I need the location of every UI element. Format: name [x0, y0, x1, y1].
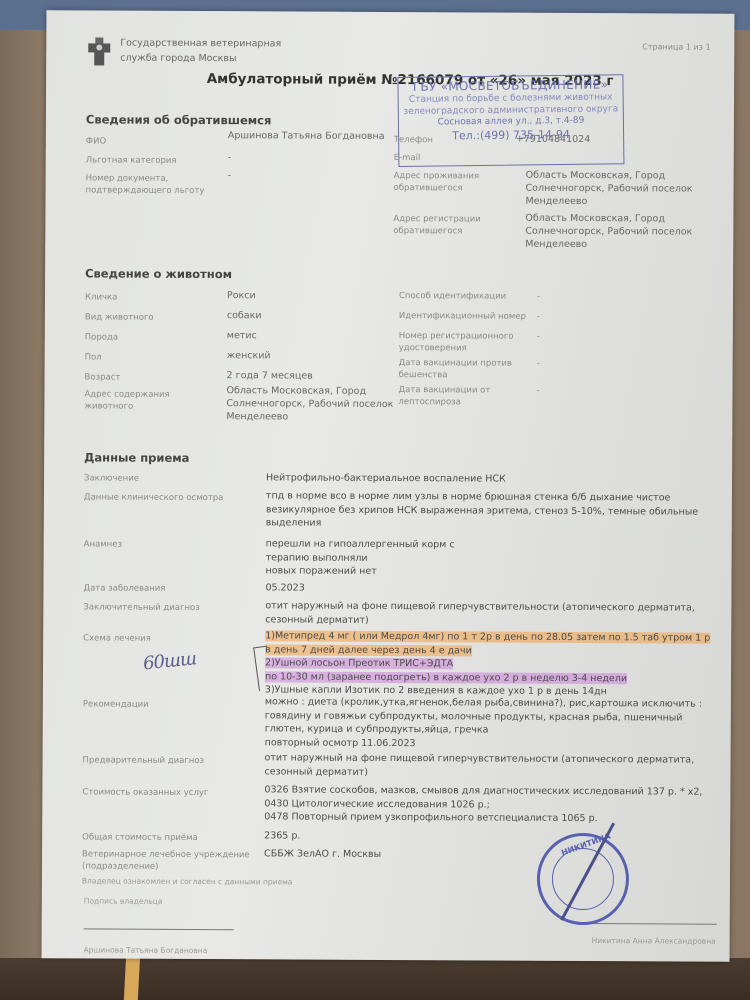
animal-id-row: Идентификационный номер- [399, 307, 719, 329]
treatment-item-2-line1: 2)Ушной лосьон Преотик ТРИС+ЭДТА [265, 657, 453, 669]
animal-id-value: - [536, 385, 539, 397]
anamnesis-value: перешли на гипоаллергенный корм с терапи… [266, 537, 455, 578]
recommendations-label: Рекомендации [83, 698, 149, 710]
final-diagnosis-value: отит наружный на фоне пищевой гиперчувст… [265, 599, 725, 628]
animal-id-label: Дата вакцинации противбешенства [399, 357, 512, 382]
document-title: Амбулаторный приём №2166079 от «26» мая … [46, 70, 734, 90]
service-item: 0478 Повторный прием узкопрофильного вет… [264, 810, 730, 826]
anamnesis-line-1: перешли на гипоаллергенный корм с [266, 537, 455, 551]
organization-name: Государственная ветеринарная служба горо… [120, 36, 281, 67]
prelim-diagnosis-line-2: сезонный дерматит) [264, 765, 730, 781]
live-address-line1: Область Московская, Город [526, 169, 693, 183]
services-label: Стоимость оказанных услуг [82, 786, 208, 799]
onset-label: Дата заболевания [83, 582, 165, 594]
animal-id-label: Способ идентификации [399, 290, 506, 303]
reg-address-line2: Солнечногорск, Рабочий поселок [525, 225, 692, 239]
recommendations-line-4: повторный осмотр 11.06.2023 [265, 736, 731, 752]
doctor-name: Никитина Анна Александровна [592, 936, 716, 946]
total-label: Общая стоимость приёма [82, 831, 198, 844]
animal-address-label: Адрес содержания животного [84, 388, 169, 412]
animal-address-label-line1: Адрес содержания [84, 388, 169, 400]
animal-info-value: Рокси [227, 289, 256, 302]
tape-strip [124, 955, 140, 1000]
onset-value: 05.2023 [265, 581, 304, 595]
benefit-doc-label-line1: Номер документа, [86, 172, 205, 185]
conclusion-value: Нейтрофильно-бактериальное воспаление НС… [266, 471, 506, 486]
treatment-item-2-line2: по 10-30 мл (заранее подогреть) в каждое… [265, 671, 627, 684]
page-number: Страница 1 из 1 [642, 42, 710, 51]
clinic-label: Ветеринарное лечебное учреждение (подраз… [82, 848, 250, 873]
document-sheet: Государственная ветеринарная служба горо… [42, 10, 735, 962]
animal-info-right: Способ идентификации-Идентификационный н… [398, 287, 719, 410]
background-table [0, 958, 750, 1000]
prelim-diagnosis-label: Предварительный диагноз [83, 754, 205, 767]
animal-info-row: КличкаРокси [85, 288, 385, 310]
exam-line-2: везикулярное без хрипов НСК выраженная э… [266, 503, 726, 519]
animal-address-line2: Солнечногорск, Рабочий поселок [226, 397, 393, 411]
benefit-label: Льготная категория [86, 154, 177, 166]
exam-value: тпд в норме всо в норме лим узлы в норме… [266, 489, 726, 532]
animal-id-value: - [537, 291, 540, 303]
live-address-label: Адрес проживания обратившегося [394, 170, 480, 194]
handwritten-note: 60шш [142, 648, 197, 674]
animal-info-row: Полженский [85, 348, 385, 370]
fio-value: Аршинова Татьяна Богдановна [228, 129, 385, 143]
anamnesis-line-3: новых поражений нет [266, 564, 455, 578]
clinic-label-line2: (подразделение) [82, 860, 250, 873]
owner-signature-label: Подпись владельца [84, 896, 163, 905]
animal-id-label: Дата вакцинации отлептоспироза [398, 384, 490, 408]
anamnesis-line-2: терапию выполняли [266, 551, 455, 565]
services-list: 0326 Взятие соскобов, мазков, смывов для… [264, 783, 730, 826]
org-line-1: Государственная ветеринарная [120, 36, 281, 52]
animal-info-label: Кличка [85, 291, 117, 303]
total-value: 2365 р. [264, 829, 300, 843]
organization-stamp: ГБУ «МОСВЕТОБЪЕДИНЕНИЕ» Станция по борьб… [397, 74, 624, 167]
section-client-title: Сведения об обратившемся [86, 112, 272, 127]
animal-info-row: Вид животногособаки [85, 308, 385, 330]
benefit-doc-value: - [228, 169, 232, 182]
animal-address-label-line2: животного [84, 400, 169, 412]
stamp-line-5: Тел.:(499) 735-14-94 [399, 127, 623, 143]
treatment-item-1-line1: 1)Метипред 4 мг ( или Медрол 4мг) по 1 т… [265, 630, 710, 643]
reg-address-label-line1: Адрес регистрации [393, 213, 480, 225]
animal-id-row: Номер регистрационногоудостоверения- [399, 327, 719, 356]
animal-info-value: женский [227, 349, 271, 362]
clinic-label-line1: Ветеринарное лечебное учреждение [82, 848, 250, 861]
anamnesis-label: Анамнез [84, 538, 122, 550]
live-address-value: Область Московская, Город Солнечногорск,… [525, 169, 692, 209]
animal-info-label: Вид животного [85, 311, 154, 323]
prelim-diagnosis-value: отит наружный на фоне пищевой гиперчувст… [264, 751, 730, 780]
clinic-value: СББЖ ЗелАО г. Москвы [264, 847, 381, 861]
reg-address-value: Область Московская, Город Солнечногорск,… [525, 212, 692, 252]
reg-address-label-line2: обратившегося [393, 225, 480, 237]
benefit-value: - [228, 151, 232, 164]
section-visit-title: Данные приема [84, 450, 189, 465]
animal-id-value: - [537, 311, 540, 323]
treatment-label: Схема лечения [83, 632, 151, 644]
recommendations-value: можно : диета (кролик,утка,ягненок,белая… [265, 695, 731, 751]
live-address-line3: Менделеево [525, 195, 692, 209]
doctor-signature-line [582, 923, 717, 925]
treatment-plan: 1)Метипред 4 мг ( или Медрол 4мг) по 1 т… [265, 629, 725, 699]
benefit-doc-label-line2: подтверждающего льготу [86, 184, 205, 197]
final-diagnosis-line-2: сезонный дерматит) [265, 613, 725, 629]
reg-address-label: Адрес регистрации обратившегося [393, 213, 480, 237]
section-animal-title: Сведение о животном [85, 266, 232, 281]
reg-address-line1: Область Московская, Город [525, 212, 692, 226]
benefit-doc-label: Номер документа, подтверждающего льготу [86, 172, 205, 197]
animal-info-label: Пол [85, 351, 102, 363]
consent-text: Владелец ознакомлен и согласен с данными… [82, 876, 292, 886]
vet-service-logo-icon [86, 37, 112, 65]
fio-label: ФИО [86, 135, 106, 147]
animal-id-row: Дата вакцинации противбешенства- [399, 354, 719, 383]
animal-id-row: Дата вакцинации отлептоспироза- [398, 381, 718, 410]
conclusion-label: Заключение [84, 472, 139, 484]
exam-line-3: выделения [266, 516, 726, 532]
animal-info-label: Порода [85, 331, 118, 343]
animal-info-value: метис [227, 329, 257, 342]
animal-id-row: Способ идентификации- [399, 287, 719, 309]
live-address-line2: Солнечногорск, Рабочий поселок [526, 182, 693, 196]
animal-address-line1: Область Московская, Город [226, 384, 393, 398]
live-address-label-line1: Адрес проживания [394, 170, 480, 182]
animal-info-row: Породаметис [85, 328, 385, 350]
org-line-2: служба города Москвы [120, 51, 281, 67]
animal-address-line3: Менделеево [226, 410, 393, 424]
animal-id-value: - [537, 358, 540, 370]
final-diagnosis-label: Заключительный диагноз [83, 601, 199, 614]
owner-signature-line [84, 928, 234, 930]
animal-info-value: 2 года 7 месяцев [227, 369, 313, 382]
animal-id-label: Идентификационный номер [399, 310, 526, 323]
exam-label: Данные клинического осмотра [84, 491, 224, 504]
animal-info-left: КличкаРоксиВид животногособакиПородамети… [85, 288, 386, 390]
animal-info-label: Возраст [85, 371, 121, 383]
live-address-label-line2: обратившегося [394, 182, 480, 194]
animal-id-value: - [537, 331, 540, 343]
owner-name: Аршинова Татьяна Богдановна [84, 945, 208, 955]
animal-info-value: собаки [227, 309, 262, 322]
animal-address-value: Область Московская, Город Солнечногорск,… [226, 384, 393, 424]
animal-id-label: Номер регистрационногоудостоверения [399, 330, 514, 355]
reg-address-line3: Менделеево [525, 238, 692, 252]
treatment-item-1-line2: в день 7 дней далее через день 4 е дачи [265, 644, 472, 656]
